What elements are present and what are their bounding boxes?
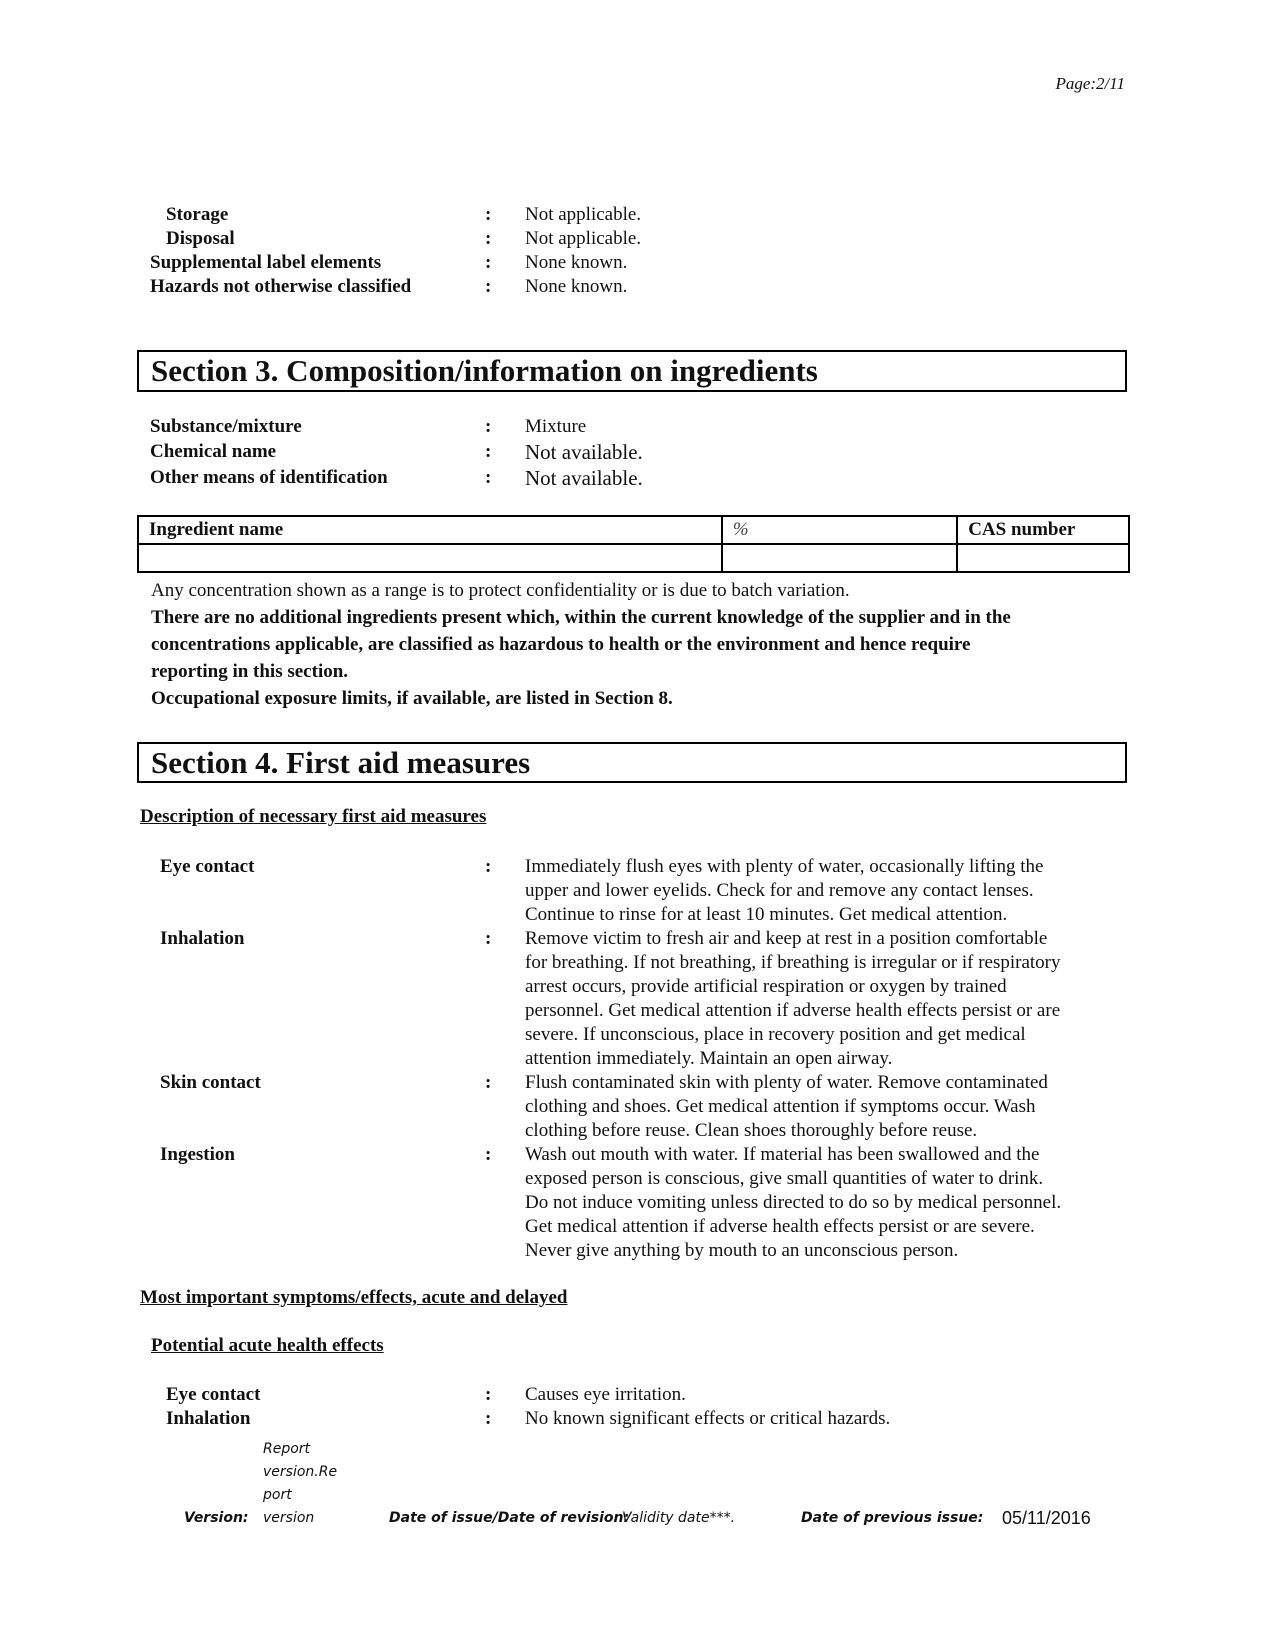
- composition-row: Other means of identification:Not availa…: [0, 466, 1275, 490]
- separator: :: [485, 1383, 491, 1407]
- footer-issue-date-value: Validity date***.: [622, 1510, 735, 1526]
- separator: :: [485, 227, 491, 251]
- footer-issue-date-label: Date of issue/Date of revision:: [389, 1510, 629, 1526]
- separator: :: [485, 1143, 491, 1167]
- composition-note: reporting in this section.: [151, 658, 348, 685]
- first-aid-instruction-line: clothing and shoes. Get medical attentio…: [525, 1095, 1036, 1119]
- composition-row: Chemical name:Not available.: [0, 440, 1275, 464]
- field-label: Inhalation: [166, 1407, 250, 1431]
- first-aid-instruction-line: Continue to rinse for at least 10 minute…: [525, 903, 1007, 927]
- first-aid-instruction-line: Do not induce vomiting unless directed t…: [525, 1191, 1061, 1215]
- column-header-ingredient-name: Ingredient name: [138, 516, 722, 544]
- label-row: Supplemental label elements:None known.: [0, 251, 1275, 275]
- acute-effect-row: Eye contact:Causes eye irritation.: [0, 1383, 1275, 1407]
- separator: :: [485, 415, 491, 439]
- first-aid-instruction-line: Flush contaminated skin with plenty of w…: [525, 1071, 1048, 1095]
- composition-note: Any concentration shown as a range is to…: [151, 577, 850, 604]
- field-label: Substance/mixture: [150, 415, 302, 439]
- symptoms-heading: Most important symptoms/effects, acute a…: [140, 1287, 567, 1309]
- first-aid-instruction-line: clothing before reuse. Clean shoes thoro…: [525, 1119, 977, 1143]
- column-header-percent: %: [722, 516, 957, 544]
- cas-number-cell: [957, 544, 1129, 572]
- separator: :: [485, 251, 491, 275]
- field-label: Storage: [166, 203, 228, 227]
- footer-previous-issue-date: 05/11/2016: [1002, 1508, 1091, 1529]
- first-aid-instruction-line: Remove victim to fresh air and keep at r…: [525, 927, 1047, 951]
- field-label: Hazards not otherwise classified: [150, 275, 411, 299]
- field-value: Mixture: [525, 415, 586, 439]
- label-row: Storage:Not applicable.: [0, 203, 1275, 227]
- section-3-heading: Section 3. Composition/information on in…: [137, 350, 1127, 392]
- first-aid-instruction-line: personnel. Get medical attention if adve…: [525, 999, 1060, 1023]
- composition-row: Substance/mixture:Mixture: [0, 415, 1275, 439]
- ingredient-name-cell: [138, 544, 722, 572]
- field-value: Not applicable.: [525, 227, 641, 251]
- field-value: Not available.: [525, 466, 643, 490]
- first-aid-instruction-line: severe. If unconscious, place in recover…: [525, 1023, 1026, 1047]
- exposure-route-label: Eye contact: [160, 855, 254, 879]
- table-row: [138, 544, 1129, 572]
- field-value: No known significant effects or critical…: [525, 1407, 890, 1431]
- footer-version-value: Report version.Re port version: [263, 1438, 343, 1530]
- field-label: Other means of identification: [150, 466, 388, 490]
- field-value: Not applicable.: [525, 203, 641, 227]
- first-aid-instruction-line: Get medical attention if adverse health …: [525, 1215, 1035, 1239]
- composition-note: concentrations applicable, are classifie…: [151, 631, 970, 658]
- exposure-route-label: Skin contact: [160, 1071, 261, 1095]
- percent-cell: [722, 544, 957, 572]
- first-aid-instruction-line: attention immediately. Maintain an open …: [525, 1047, 892, 1071]
- separator: :: [485, 1071, 491, 1095]
- separator: :: [485, 1407, 491, 1431]
- separator: :: [485, 440, 491, 464]
- first-aid-instruction-line: for breathing. If not breathing, if brea…: [525, 951, 1061, 975]
- separator: :: [485, 275, 491, 299]
- acute-effect-row: Inhalation:No known significant effects …: [0, 1407, 1275, 1431]
- column-header-cas-number: CAS number: [957, 516, 1129, 544]
- first-aid-instruction-line: Never give anything by mouth to an uncon…: [525, 1239, 958, 1263]
- separator: :: [485, 855, 491, 879]
- field-value: None known.: [525, 275, 627, 299]
- field-value: Not available.: [525, 440, 643, 464]
- field-label: Supplemental label elements: [150, 251, 381, 275]
- composition-note: Occupational exposure limits, if availab…: [151, 685, 673, 712]
- ingredients-table: Ingredient name % CAS number: [137, 515, 1130, 573]
- field-value: Causes eye irritation.: [525, 1383, 686, 1407]
- field-label: Eye contact: [166, 1383, 260, 1407]
- separator: :: [485, 466, 491, 490]
- acute-effects-heading: Potential acute health effects: [151, 1335, 384, 1357]
- section-4-heading: Section 4. First aid measures: [137, 742, 1127, 783]
- label-row: Disposal:Not applicable.: [0, 227, 1275, 251]
- exposure-route-label: Inhalation: [160, 927, 244, 951]
- exposure-route-label: Ingestion: [160, 1143, 235, 1167]
- field-label: Chemical name: [150, 440, 276, 464]
- field-label: Disposal: [166, 227, 235, 251]
- first-aid-instruction-line: arrest occurs, provide artificial respir…: [525, 975, 1007, 999]
- first-aid-instruction-line: exposed person is conscious, give small …: [525, 1167, 1043, 1191]
- composition-note: There are no additional ingredients pres…: [151, 604, 1011, 631]
- first-aid-instruction-line: upper and lower eyelids. Check for and r…: [525, 879, 1034, 903]
- footer-version-label: Version:: [184, 1510, 249, 1526]
- first-aid-description-heading: Description of necessary first aid measu…: [140, 806, 486, 828]
- first-aid-instruction-line: Immediately flush eyes with plenty of wa…: [525, 855, 1043, 879]
- separator: :: [485, 927, 491, 951]
- page-number: Page:2/11: [1055, 74, 1125, 94]
- first-aid-instruction-line: Wash out mouth with water. If material h…: [525, 1143, 1040, 1167]
- field-value: None known.: [525, 251, 627, 275]
- footer-previous-issue-label: Date of previous issue:: [801, 1510, 983, 1526]
- label-row: Hazards not otherwise classified:None kn…: [0, 275, 1275, 299]
- separator: :: [485, 203, 491, 227]
